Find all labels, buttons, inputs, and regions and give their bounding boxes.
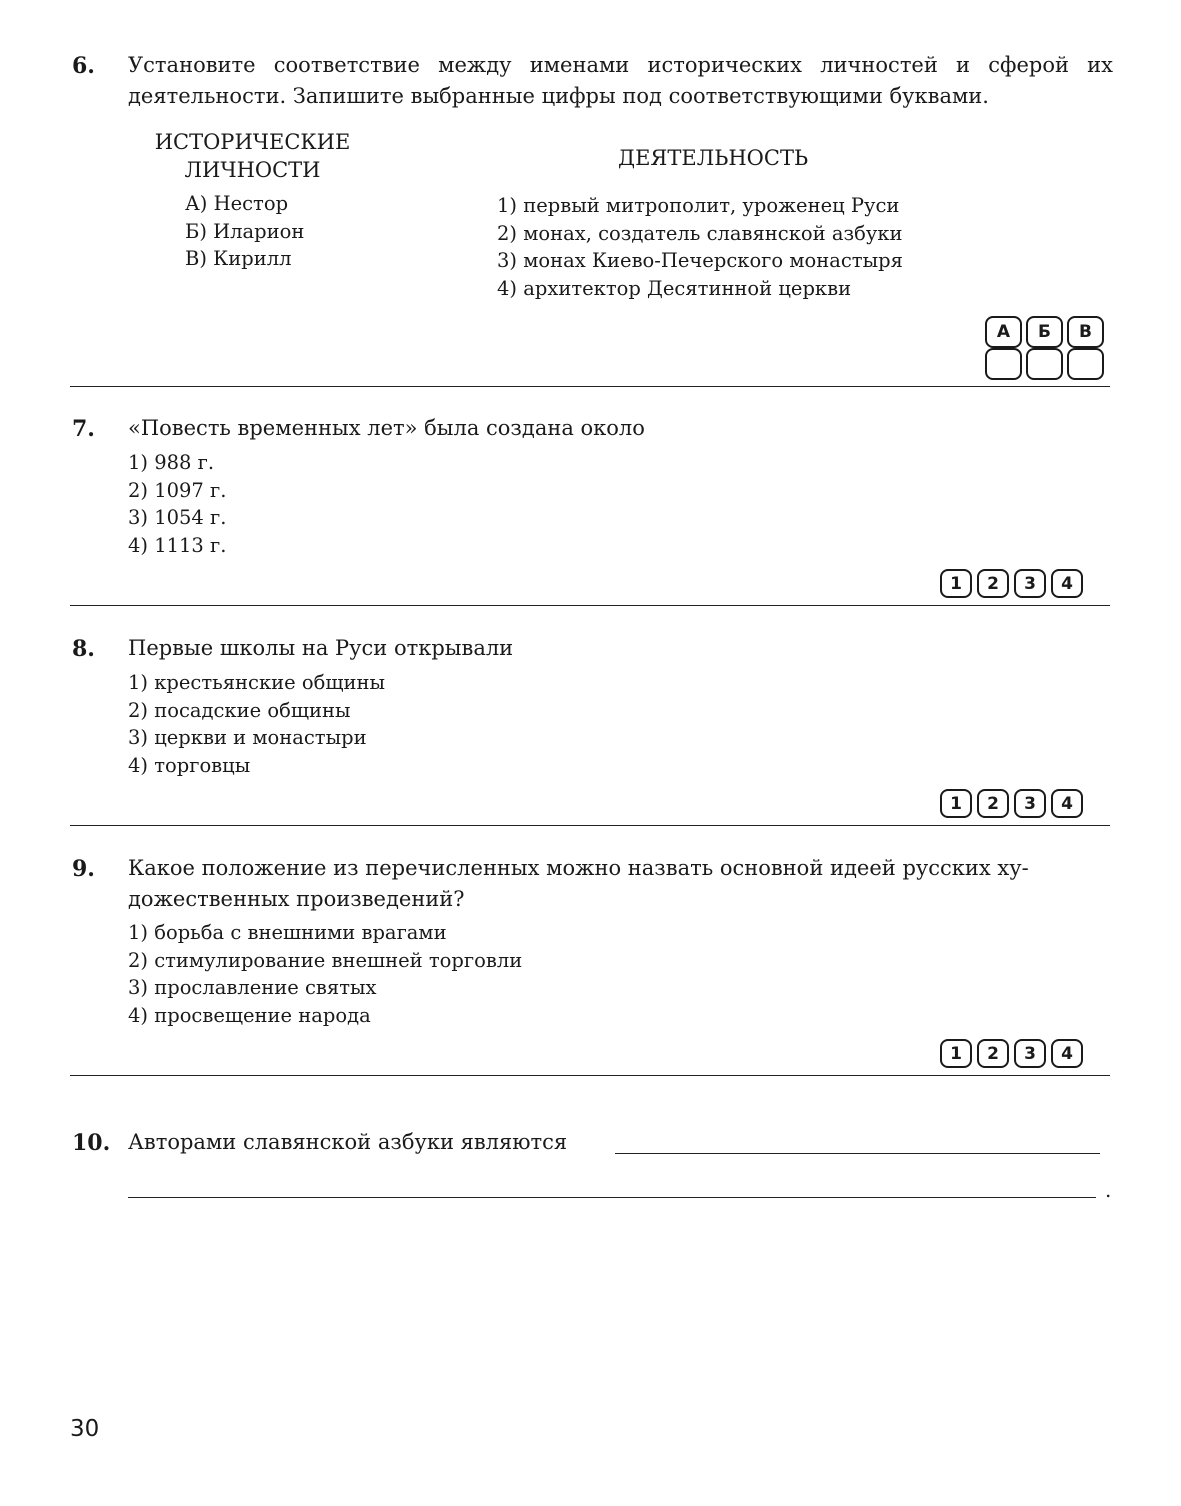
q9-answer-boxes: 1 2 3 4	[940, 1039, 1083, 1068]
question-6-text: Установите соответствие между именами ис…	[128, 50, 1113, 112]
option-item: 4) 1113 г.	[128, 532, 226, 560]
option-item: 1) борьба с внешними врагами	[128, 919, 522, 947]
question-10-number: 10.	[72, 1130, 110, 1156]
question-8-text: Первые школы на Руси открывали	[128, 633, 1118, 664]
question-6-number: 6.	[72, 53, 95, 79]
question-8-options: 1) крестьянские общины 2) посадские общи…	[128, 669, 385, 779]
persons-header-line2: ЛИЧНОСТИ	[150, 156, 355, 184]
divider	[70, 1075, 1110, 1076]
activity-item: 2) монах, создатель славянской азбуки	[497, 220, 903, 248]
option-item: 3) церкви и монастыри	[128, 724, 385, 752]
question-7-text: «Повесть временных лет» была создана око…	[128, 413, 1118, 444]
q9-answer-box-2[interactable]: 2	[977, 1039, 1009, 1068]
q8-answer-box-3[interactable]: 3	[1014, 789, 1046, 818]
option-item: 1) 988 г.	[128, 449, 226, 477]
activity-item: 3) монах Киево-Печерского монастыря	[497, 247, 903, 275]
q9-answer-box-1[interactable]: 1	[940, 1039, 972, 1068]
question-9-text-line2: дожественных произведений?	[128, 884, 1029, 915]
option-item: 2) стимулирование внешней торговли	[128, 947, 522, 975]
q7-answer-box-1[interactable]: 1	[940, 569, 972, 598]
question-9-text-line1: Какое положение из перечисленных можно н…	[128, 853, 1029, 884]
option-item: 4) торговцы	[128, 752, 385, 780]
q6-answer-cell-a[interactable]	[985, 348, 1022, 380]
q9-answer-box-3[interactable]: 3	[1014, 1039, 1046, 1068]
persons-header: ИСТОРИЧЕСКИЕ ЛИЧНОСТИ	[150, 128, 355, 184]
question-10-text: Авторами славянской азбуки являются	[128, 1127, 567, 1158]
question-9-options: 1) борьба с внешними врагами 2) стимулир…	[128, 919, 522, 1029]
q6-letter-a: А	[985, 316, 1022, 348]
person-item: В) Кирилл	[185, 245, 304, 273]
option-item: 2) 1097 г.	[128, 477, 226, 505]
option-item: 2) посадские общины	[128, 697, 385, 725]
q7-answer-box-3[interactable]: 3	[1014, 569, 1046, 598]
q6-letter-b: Б	[1026, 316, 1063, 348]
activity-header: ДЕЯТЕЛЬНОСТЬ	[618, 146, 808, 170]
activity-item: 4) архитектор Десятинной церкви	[497, 275, 903, 303]
q8-answer-box-1[interactable]: 1	[940, 789, 972, 818]
persons-list: А) Нестор Б) Иларион В) Кирилл	[185, 190, 304, 273]
q6-letter-v: В	[1067, 316, 1104, 348]
q10-answer-line-1[interactable]	[615, 1153, 1100, 1154]
option-item: 3) прославление святых	[128, 974, 522, 1002]
activities-list: 1) первый митрополит, уроженец Руси 2) м…	[497, 192, 903, 302]
question-7-options: 1) 988 г. 2) 1097 г. 3) 1054 г. 4) 1113 …	[128, 449, 226, 559]
question-8-number: 8.	[72, 636, 95, 662]
question-9-number: 9.	[72, 856, 95, 882]
divider	[70, 605, 1110, 606]
q7-answer-box-4[interactable]: 4	[1051, 569, 1083, 598]
person-item: Б) Иларион	[185, 218, 304, 246]
page-number: 30	[70, 1416, 99, 1442]
q8-answer-box-4[interactable]: 4	[1051, 789, 1083, 818]
divider	[70, 386, 1110, 387]
q10-end-mark: .	[1105, 1178, 1111, 1202]
q9-answer-box-4[interactable]: 4	[1051, 1039, 1083, 1068]
persons-header-line1: ИСТОРИЧЕСКИЕ	[150, 128, 355, 156]
divider	[70, 825, 1110, 826]
q7-answer-boxes: 1 2 3 4	[940, 569, 1083, 598]
option-item: 4) просвещение народа	[128, 1002, 522, 1030]
option-item: 3) 1054 г.	[128, 504, 226, 532]
q8-answer-boxes: 1 2 3 4	[940, 789, 1083, 818]
activity-item: 1) первый митрополит, уроженец Руси	[497, 192, 903, 220]
person-item: А) Нестор	[185, 190, 304, 218]
question-7-number: 7.	[72, 416, 95, 442]
question-9-text: Какое положение из перечисленных можно н…	[128, 853, 1029, 915]
option-item: 1) крестьянские общины	[128, 669, 385, 697]
q7-answer-box-2[interactable]: 2	[977, 569, 1009, 598]
q6-answer-cell-v[interactable]	[1067, 348, 1104, 380]
q8-answer-box-2[interactable]: 2	[977, 789, 1009, 818]
q6-answer-cell-b[interactable]	[1026, 348, 1063, 380]
q6-answer-grid: А Б В	[985, 316, 1104, 380]
q10-answer-line-2[interactable]	[128, 1197, 1096, 1198]
